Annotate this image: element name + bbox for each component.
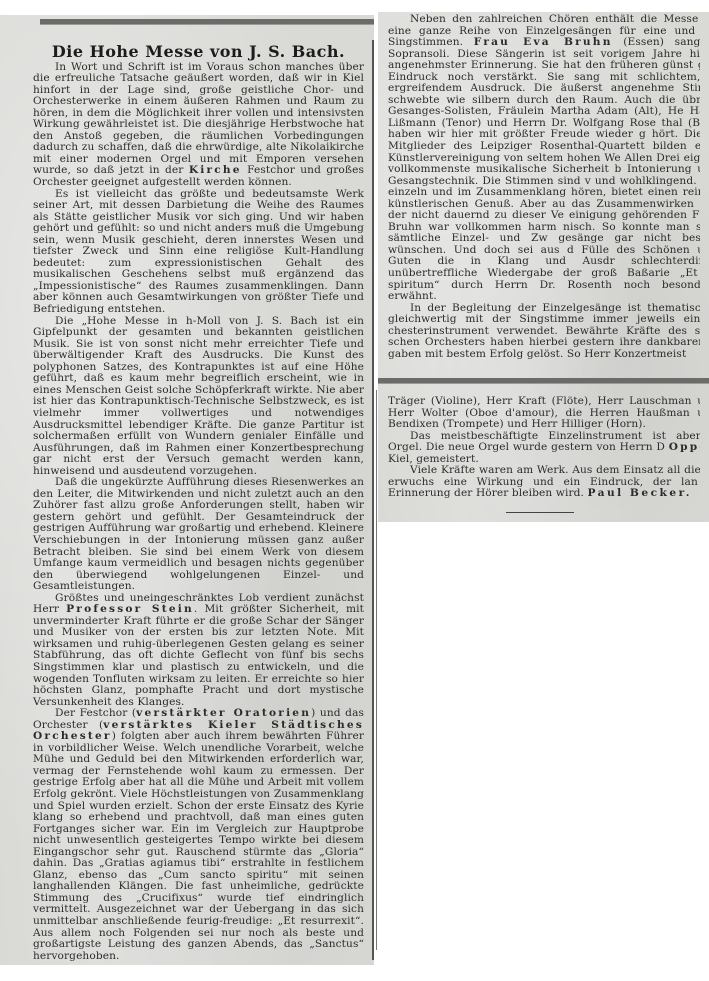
article-paragraph: Viele Kräfte waren am Werk. Aus dem Eins… — [388, 465, 700, 500]
left-paragraphs: In Wort und Schrift ist im Voraus schon … — [33, 62, 364, 963]
article-paragraph: Daß die ungekürzte Aufführung dieses Rie… — [33, 477, 364, 592]
column-separator-lower — [376, 390, 377, 950]
paragraph-text: Der Festchor ( — [55, 707, 136, 719]
article-paragraph: Die „Hohe Messe in h-Moll von J. S. Bach… — [33, 316, 364, 478]
article-paragraph: Träger (Violine), Herr Kraft (Flöte), He… — [388, 396, 700, 431]
article-paragraph: Größtes und uneingeschränktes Lob verdie… — [33, 593, 364, 708]
article-paragraph: Das meistbeschäftigte Einzelinstrument i… — [388, 431, 700, 466]
author-signature: Paul Becker. — [587, 487, 691, 499]
column-separator — [372, 40, 374, 960]
article-title: Die Hohe Messe von J. S. Bach. — [33, 46, 364, 58]
paragraph-text: Daß die ungekürzte Aufführung dieses Rie… — [33, 476, 364, 592]
paragraph-text: ) folgten aber auch ihrem bewährten Führ… — [33, 730, 364, 961]
paragraph-text: Es ist vielleicht das größte und bedeuts… — [33, 188, 364, 315]
emphasized-name: Professor Stein — [66, 603, 194, 615]
article-right-column-bottom: Träger (Violine), Herr Kraft (Flöte), He… — [388, 396, 700, 500]
paragraph-text: In der Begleitung der Einzelgesänge ist … — [388, 302, 700, 360]
article-paragraph: Neben den zahlreichen Chören enthält die… — [388, 14, 700, 303]
emphasized-name: Frau Eva Bruhn — [474, 36, 613, 48]
article-left-column: Die Hohe Messe von J. S. Bach. In Wort u… — [33, 36, 364, 962]
article-end-rule — [506, 512, 574, 513]
article-paragraph: In Wort und Schrift ist im Voraus schon … — [33, 62, 364, 189]
paragraph-text: Träger (Violine), Herr Kraft (Flöte), He… — [388, 395, 700, 430]
article-right-column-top: Neben den zahlreichen Chören enthält die… — [388, 14, 700, 360]
right-column-top-wrap: Neben den zahlreichen Chören enthält die… — [378, 12, 700, 378]
paragraph-text: In Wort und Schrift ist im Voraus schon … — [33, 61, 364, 177]
article-paragraph: Der Festchor (verstärkter Oratorien) und… — [33, 708, 364, 962]
emphasized-name: verstärkter Oratorien — [136, 707, 311, 719]
paragraph-text: Das meistbeschäftigte Einzelinstrument i… — [388, 430, 700, 454]
article-paragraph: Es ist vielleicht das größte und bedeuts… — [33, 189, 364, 316]
paragraph-text: Die „Hohe Messe in h-Moll von J. S. Bach… — [33, 315, 364, 477]
emphasized-name: Oppel — [669, 441, 700, 453]
paragraph-text: (Essen) sang d Sopransoli. Diese Sängeri… — [388, 36, 700, 302]
emphasized-name: Kirche — [189, 164, 242, 176]
top-rule — [40, 19, 374, 25]
article-paragraph: In der Begleitung der Einzelgesänge ist … — [388, 303, 700, 361]
paragraph-text: . Mit größter Sicherheit, mit unverminde… — [33, 603, 364, 707]
right-column-bottom-wrap: Träger (Violine), Herr Kraft (Flöte), He… — [378, 384, 700, 524]
